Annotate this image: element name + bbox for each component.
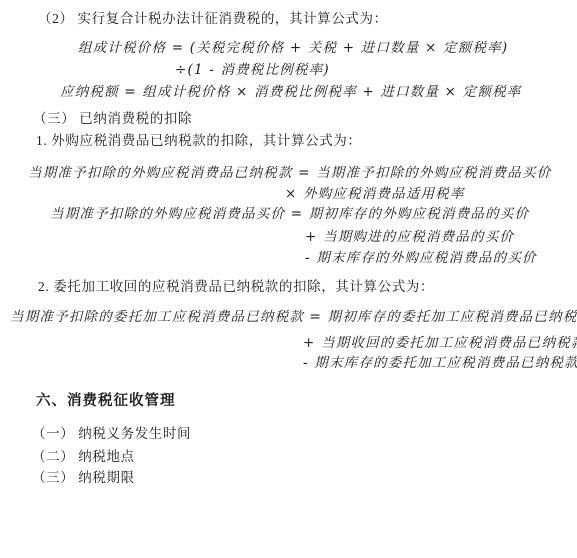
formula-purchase-price-line1: 当期准予扣除的外购应税消费品买价 = 期初库存的外购应税消费品的买价 [50, 206, 529, 222]
formula-commissioned-tax-line1: 当期准予扣除的委托加工应税消费品已纳税款 = 期初库存的委托加工应税消费品已纳税… [10, 309, 577, 325]
item-1-intro: 1. 外购应税消费品已纳税款的扣除，其计算公式为： [36, 133, 362, 149]
list-item-tax-obligation-time: （一） 纳税义务发生时间 [32, 426, 191, 442]
formula-composite-price-line2: ÷(1 - 消费税比例税率) [175, 62, 330, 78]
paragraph-2-intro: （2） 实行复合计税办法计征消费税的，其计算公式为： [38, 11, 388, 27]
formula-commissioned-tax-line3: - 期末库存的委托加工应税消费品已纳税款 [303, 355, 577, 371]
formula-purchase-price-line3: - 期末库存的外购应税消费品的买价 [305, 250, 537, 266]
formula-purchase-price-line2: + 当期购进的应税消费品的买价 [305, 229, 514, 245]
formula-composite-price-line1: 组成计税价格 = (关税完税价格 + 关税 + 进口数量 × 定额税率) [78, 40, 508, 56]
section-heading-deduction: （三） 已纳消费税的扣除 [33, 111, 192, 127]
formula-purchased-tax-line2: × 外购应税消费品适用税率 [285, 186, 465, 202]
formula-purchased-tax-line1: 当期准予扣除的外购应税消费品已纳税款 = 当期准予扣除的外购应税消费品买价 [28, 165, 551, 181]
section-heading-administration: 六、消费税征收管理 [36, 393, 176, 410]
list-item-tax-place: （二） 纳税地点 [32, 449, 135, 465]
document-page: （2） 实行复合计税办法计征消费税的，其计算公式为： 组成计税价格 = (关税完… [0, 0, 577, 558]
item-2-intro: 2. 委托加工收回的应税消费品已纳税款的扣除，其计算公式为： [38, 279, 434, 295]
formula-commissioned-tax-line2: + 当期收回的委托加工应税消费品已纳税款 [303, 335, 577, 351]
formula-tax-payable: 应纳税额 = 组成计税价格 × 消费税比例税率 + 进口数量 × 定额税率 [60, 84, 521, 100]
list-item-tax-period: （三） 纳税期限 [32, 470, 135, 486]
